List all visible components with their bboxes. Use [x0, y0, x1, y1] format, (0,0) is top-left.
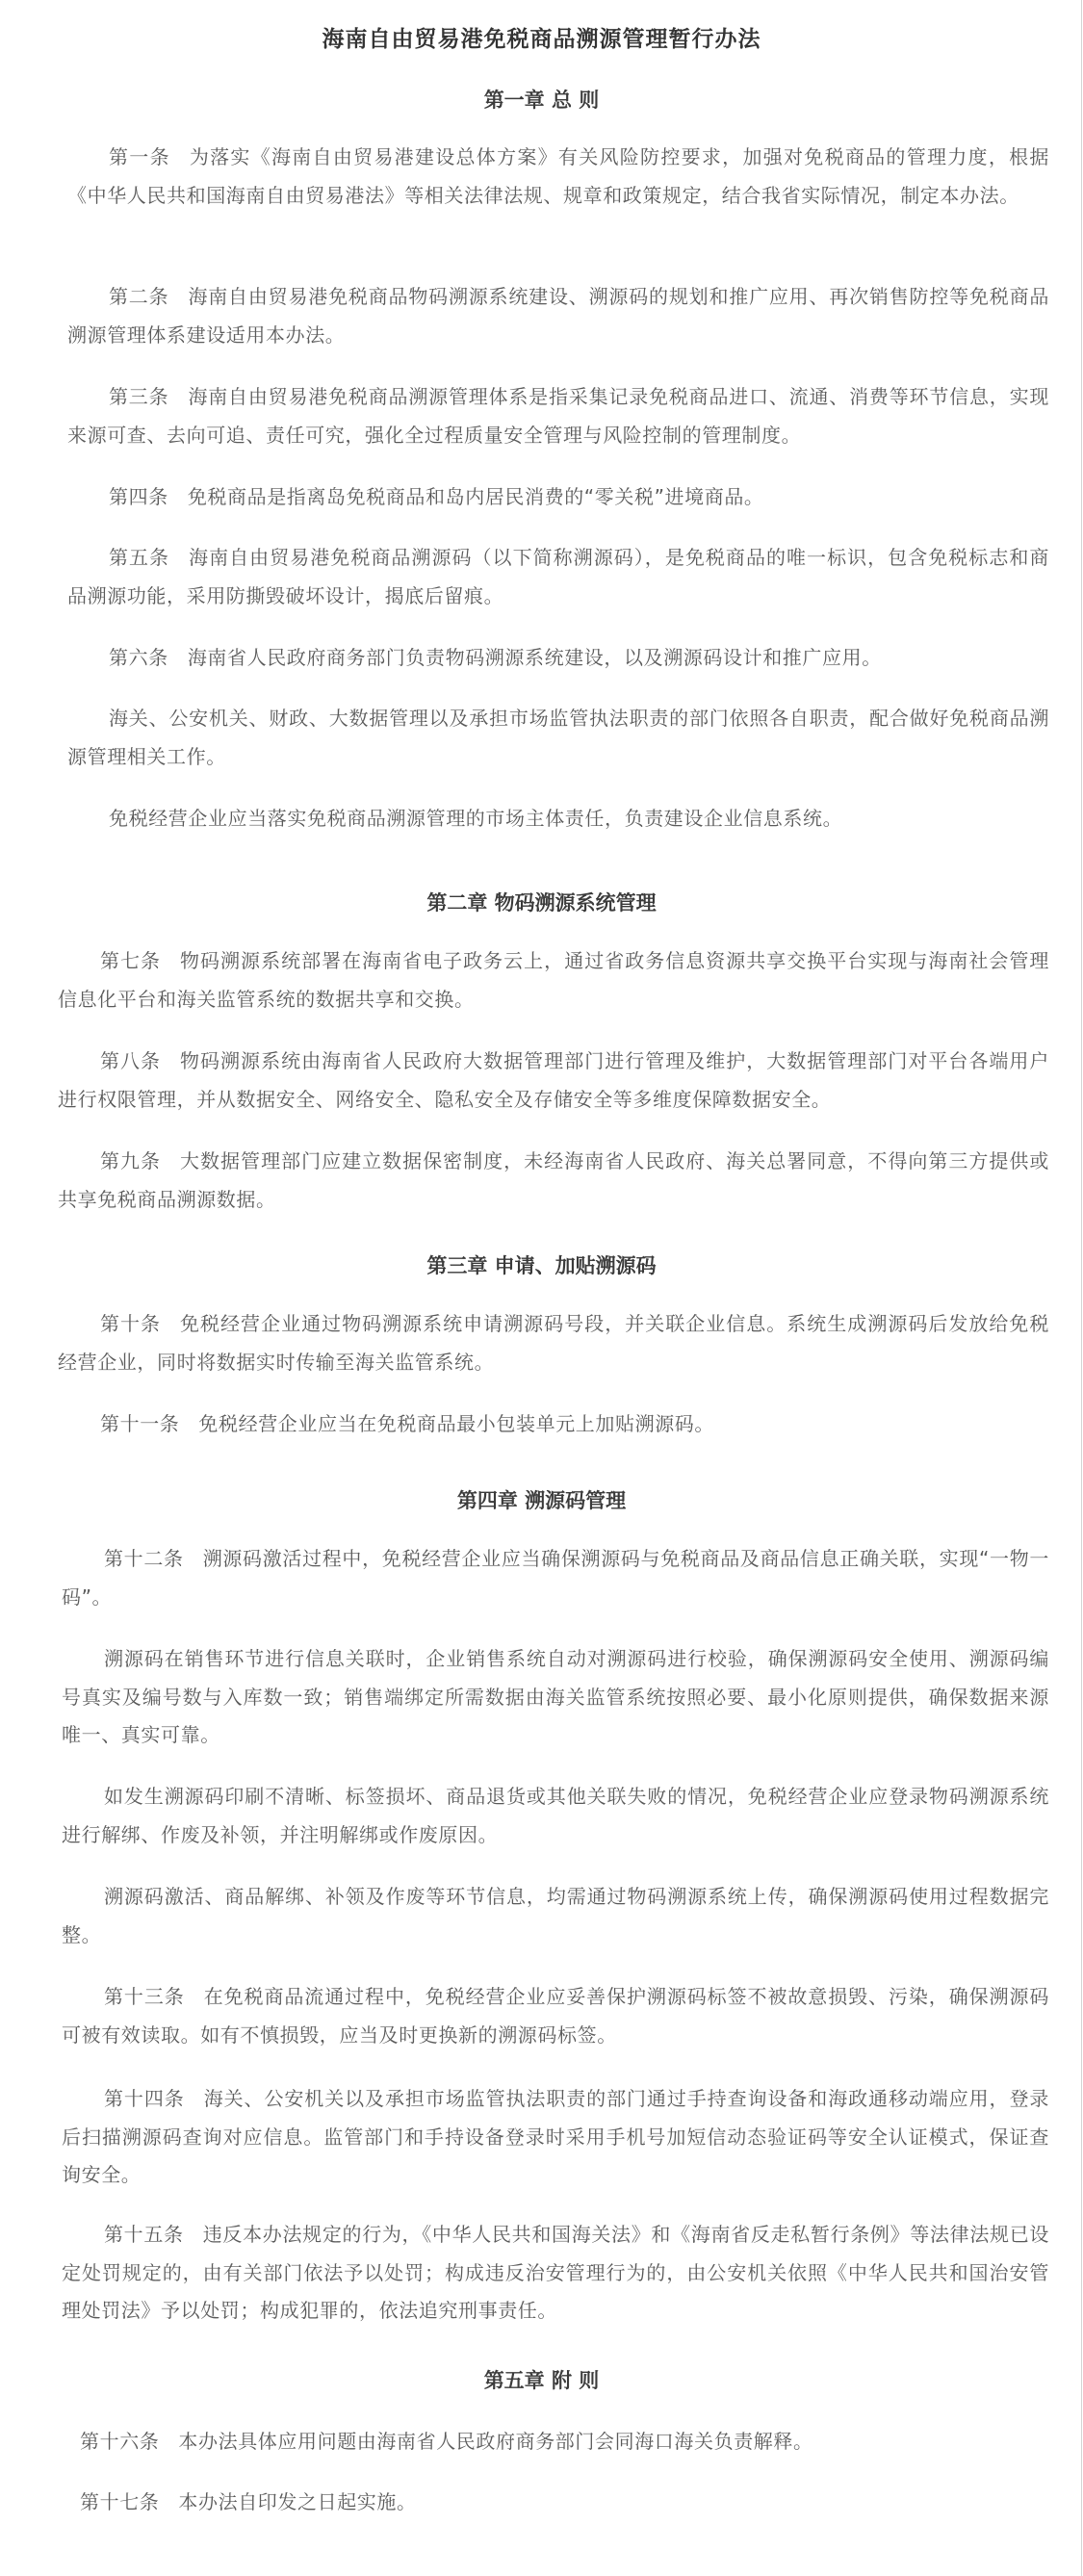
- article-text: 物码溯源系统由海南省人民政府大数据管理部门进行管理及维护，大数据管理部门对平台各…: [58, 1049, 1049, 1111]
- article-5: 第五条海南自由贸易港免税商品溯源码（以下简称溯源码），是免税商品的唯一标识，包含…: [67, 539, 1049, 615]
- article-text: 溯源码在销售环节进行信息关联时，企业销售系统自动对溯源码进行校验，确保溯源码安全…: [62, 1647, 1049, 1746]
- article-6-clause-2: 海关、公安机关、财政、大数据管理以及承担市场监管执法职责的部门依照各自职责，配合…: [67, 700, 1049, 776]
- article-number: 第六条: [109, 646, 168, 669]
- article-2: 第二条海南自由贸易港免税商品物码溯源系统建设、溯源码的规划和推广应用、再次销售防…: [67, 278, 1049, 354]
- article-text: 大数据管理部门应建立数据保密制度，未经海南省人民政府、海关总署同意，不得向第三方…: [58, 1149, 1049, 1211]
- document-title: 海南自由贸易港免税商品溯源管理暂行办法: [0, 21, 1083, 53]
- chapter-4-heading: 第四章 溯源码管理: [0, 1485, 1083, 1514]
- article-12-clause-2: 溯源码在销售环节进行信息关联时，企业销售系统自动对溯源码进行校验，确保溯源码安全…: [62, 1640, 1049, 1755]
- article-12-clause-3: 如发生溯源码印刷不清晰、标签损坏、商品退货或其他关联失败的情况，免税经营企业应登…: [62, 1778, 1049, 1854]
- article-text: 海南自由贸易港免税商品溯源码（以下简称溯源码），是免税商品的唯一标识，包含免税标…: [67, 546, 1049, 607]
- article-number: 第十四条: [104, 2087, 185, 2110]
- article-text: 免税经营企业应当落实免税商品溯源管理的市场主体责任，负责建设企业信息系统。: [109, 807, 842, 830]
- article-7: 第七条物码溯源系统部署在海南省电子政务云上，通过省政务信息资源共享交换平台实现与…: [58, 942, 1049, 1018]
- article-4: 第四条免税商品是指离岛免税商品和岛内居民消费的“零关税”进境商品。: [67, 478, 1049, 517]
- article-text: 免税经营企业通过物码溯源系统申请溯源码号段，并关联企业信息。系统生成溯源码后发放…: [58, 1312, 1049, 1374]
- article-12: 第十二条溯源码激活过程中，免税经营企业应当确保溯源码与免税商品及商品信息正确关联…: [62, 1540, 1049, 1616]
- chapter-1-heading: 第一章 总 则: [0, 85, 1083, 114]
- chapter-3-heading: 第三章 申请、加贴溯源码: [0, 1250, 1083, 1279]
- article-number: 第五条: [109, 546, 169, 569]
- article-text: 为落实《海南自由贸易港建设总体方案》有关风险防控要求，加强对免税商品的管理力度，…: [67, 145, 1049, 207]
- article-8: 第八条物码溯源系统由海南省人民政府大数据管理部门进行管理及维护，大数据管理部门对…: [58, 1043, 1049, 1119]
- article-text: 物码溯源系统部署在海南省电子政务云上，通过省政务信息资源共享交换平台实现与海南社…: [58, 949, 1049, 1011]
- article-text: 海南自由贸易港免税商品溯源管理体系是指采集记录免税商品进口、流通、消费等环节信息…: [67, 385, 1049, 447]
- article-text: 海关、公安机关、财政、大数据管理以及承担市场监管执法职责的部门依照各自职责，配合…: [67, 707, 1049, 768]
- page-right-border: [1081, 0, 1082, 2576]
- article-text: 溯源码激活过程中，免税经营企业应当确保溯源码与免税商品及商品信息正确关联，实现“…: [62, 1547, 1049, 1609]
- article-text: 违反本办法规定的行为，《中华人民共和国海关法》和《海南省反走私暂行条例》等法律法…: [62, 2223, 1049, 2322]
- article-text: 海关、公安机关以及承担市场监管执法职责的部门通过手持查询设备和海政通移动端应用，…: [62, 2087, 1049, 2186]
- article-number: 第三条: [109, 385, 168, 408]
- article-6: 第六条海南省人民政府商务部门负责物码溯源系统建设，以及溯源码设计和推广应用。: [67, 639, 1049, 678]
- article-1: 第一条为落实《海南自由贸易港建设总体方案》有关风险防控要求，加强对免税商品的管理…: [67, 139, 1049, 215]
- article-text: 海南自由贸易港免税商品物码溯源系统建设、溯源码的规划和推广应用、再次销售防控等免…: [67, 285, 1049, 347]
- article-number: 第四条: [109, 485, 168, 508]
- article-text: 溯源码激活、商品解绑、补领及作废等环节信息，均需通过物码溯源系统上传，确保溯源码…: [62, 1885, 1049, 1946]
- article-number: 第十五条: [104, 2223, 184, 2246]
- article-text: 本办法自印发之日起实施。: [178, 2490, 416, 2513]
- article-number: 第十六条: [80, 2430, 159, 2453]
- article-number: 第一条: [109, 145, 170, 168]
- article-number: 第九条: [100, 1149, 161, 1172]
- article-number: 第十一条: [100, 1412, 179, 1435]
- article-16: 第十六条本办法具体应用问题由海南省人民政府商务部门会同海口海关负责解释。: [80, 2423, 1043, 2461]
- article-number: 第八条: [100, 1049, 161, 1072]
- article-number: 第十七条: [80, 2490, 159, 2513]
- article-13: 第十三条在免税商品流通过程中，免税经营企业应妥善保护溯源码标签不被故意损毁、污染…: [62, 1978, 1049, 2054]
- article-number: 第十三条: [104, 1985, 185, 2008]
- article-14: 第十四条海关、公安机关以及承担市场监管执法职责的部门通过手持查询设备和海政通移动…: [62, 2080, 1049, 2195]
- article-number: 第十条: [100, 1312, 161, 1335]
- article-3: 第三条海南自由贸易港免税商品溯源管理体系是指采集记录免税商品进口、流通、消费等环…: [67, 378, 1049, 454]
- article-17: 第十七条本办法自印发之日起实施。: [80, 2484, 1043, 2522]
- article-number: 第十二条: [104, 1547, 184, 1570]
- article-text: 免税商品是指离岛免税商品和岛内居民消费的“零关税”进境商品。: [188, 485, 764, 508]
- article-10: 第十条免税经营企业通过物码溯源系统申请溯源码号段，并关联企业信息。系统生成溯源码…: [58, 1305, 1049, 1381]
- article-number: 第七条: [100, 949, 161, 972]
- article-text: 在免税商品流通过程中，免税经营企业应妥善保护溯源码标签不被故意损毁、污染，确保溯…: [62, 1985, 1049, 2047]
- article-text: 海南省人民政府商务部门负责物码溯源系统建设，以及溯源码设计和推广应用。: [188, 646, 882, 669]
- article-text: 本办法具体应用问题由海南省人民政府商务部门会同海口海关负责解释。: [178, 2430, 812, 2453]
- article-9: 第九条大数据管理部门应建立数据保密制度，未经海南省人民政府、海关总署同意，不得向…: [58, 1143, 1049, 1219]
- article-11: 第十一条免税经营企业应当在免税商品最小包装单元上加贴溯源码。: [58, 1405, 1049, 1444]
- chapter-2-heading: 第二章 物码溯源系统管理: [0, 888, 1083, 916]
- article-6-clause-3: 免税经营企业应当落实免税商品溯源管理的市场主体责任，负责建设企业信息系统。: [67, 800, 1049, 838]
- article-text: 免税经营企业应当在免税商品最小包装单元上加贴溯源码。: [198, 1412, 714, 1435]
- article-15: 第十五条违反本办法规定的行为，《中华人民共和国海关法》和《海南省反走私暂行条例》…: [62, 2216, 1049, 2331]
- article-text: 如发生溯源码印刷不清晰、标签损坏、商品退货或其他关联失败的情况，免税经营企业应登…: [62, 1785, 1049, 1846]
- chapter-5-heading: 第五章 附 则: [0, 2365, 1083, 2394]
- article-number: 第二条: [109, 285, 168, 308]
- article-12-clause-4: 溯源码激活、商品解绑、补领及作废等环节信息，均需通过物码溯源系统上传，确保溯源码…: [62, 1878, 1049, 1954]
